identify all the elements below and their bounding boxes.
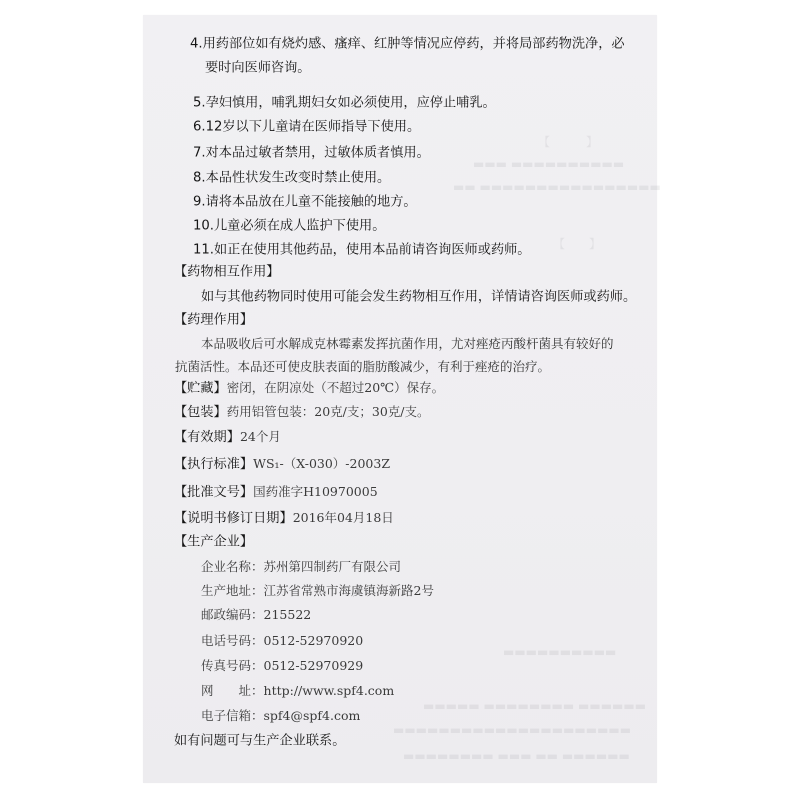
field-value: 24个月 [240,429,281,444]
bleed-through-text: ▬▬▬▬▬▬▬▬ ▬▬▬ ▬▬ ▬▬▬▬▬▬ [403,749,630,763]
bleed-through-text: ▬▬ ▬▬▬▬▬▬▬▬▬▬▬▬▬▬▬▬ [453,180,661,194]
field-label: 【有效期】 [174,431,240,444]
manufacturer-phone-row: 电话号码：0512-52970920 [201,632,363,648]
item-text: 12岁以下儿童请在医师指导下使用。 [206,119,421,134]
item-number: 7. [193,145,206,160]
item-number: 8. [193,170,206,185]
field-label: 【包装】 [174,406,227,419]
row-label: 生产地址： [201,583,264,598]
revision-date-field: 【说明书修订日期】2016年04月18日 [174,509,394,525]
precaution-item-5: 5.孕妇慎用，哺乳期妇女如必须使用，应停止哺乳。 [193,96,496,109]
field-value: 药用铝管包装：20克/支；30克/支。 [227,404,430,419]
item-number: 5. [193,95,206,110]
row-value: 苏州第四制药厂有限公司 [264,559,402,574]
field-label: 【说明书修订日期】 [174,512,293,525]
manufacturer-postcode-row: 邮政编码：215522 [201,606,311,622]
manufacturer-fax-row: 传真号码：0512-52970929 [201,657,363,673]
manufacturer-website-row: 网 址：http://www.spf4.com [201,682,394,698]
item-number: 10. [193,218,214,233]
item-text: 请将本品放在儿童不能接触的地方。 [206,194,417,209]
row-value: 0512-52970929 [264,658,364,673]
website-link[interactable]: http://www.spf4.com [264,683,395,698]
item-text: 孕妇慎用，哺乳期妇女如必须使用，应停止哺乳。 [206,95,496,110]
pharmacology-body-line2: 抗菌活性。本品还可使皮肤表面的脂肪酸减少，有利于痤疮的治疗。 [175,361,550,374]
bleed-through-text: ▬▬▬▬▬▬▬▬▬▬ [503,645,616,659]
storage-field: 【贮藏】密闭，在阴凉处（不超过20℃）保存。 [174,379,444,395]
item-number: 6. [193,119,206,134]
bleed-through-text: ▬▬▬ ▬▬▬▬▬▬▬▬▬▬ [473,157,624,171]
precaution-item-8: 8.本品性状发生改变时禁止使用。 [193,171,390,184]
bleed-through-text: ▬▬▬▬▬ ▬▬▬▬▬▬▬▬ ▬▬▬▬▬▬ [423,699,646,713]
interactions-body: 如与其他药物同时使用可能会发生药物相互作用，详情请咨询医师或药师。 [201,290,636,303]
precaution-item-4: 4.用药部位如有烧灼感、瘙痒、红肿等情况应停药，并将局部药物洗净，必 [190,37,625,50]
precaution-item-6: 6.12岁以下儿童请在医师指导下使用。 [193,120,420,133]
standard-field: 【执行标准】WS₁-（X-030）-2003Z [174,455,390,471]
approval-field: 【批准文号】国药准字H10970005 [174,483,378,499]
bleed-through-text: 【 】 [538,133,598,150]
precaution-item-4-continued: 要时向医师咨询。 [205,61,311,74]
field-label: 【贮藏】 [174,382,227,395]
item-text: 如正在使用其他药品，使用本品前请咨询医师或药师。 [214,242,531,257]
precaution-item-10: 10.儿童必须在成人监护下使用。 [193,219,385,232]
field-value: 国药准字H10970005 [253,484,378,499]
field-label: 【执行标准】 [174,458,253,471]
item-number: 9. [193,194,206,209]
field-value: 2016年04月18日 [293,510,394,525]
item-text: 用药部位如有烧灼感、瘙痒、红肿等情况应停药，并将局部药物洗净，必 [203,36,625,51]
row-value: 江苏省常熟市海虞镇海新路2号 [264,583,434,598]
item-text: 儿童必须在成人监护下使用。 [214,218,385,233]
interactions-heading: 【药物相互作用】 [174,265,280,278]
row-label: 电子信箱： [201,708,264,723]
email-link[interactable]: spf4@spf4.com [264,708,361,723]
field-label: 【批准文号】 [174,486,253,499]
row-label: 网 址： [201,683,264,698]
package-field: 【包装】药用铝管包装：20克/支；30克/支。 [174,403,430,419]
row-value: 0512-52970920 [264,633,364,648]
bleed-through-text: ▬▬▬▬▬▬▬▬▬▬▬▬▬▬▬▬▬▬▬▬▬ [393,723,631,737]
row-value: 215522 [264,607,312,622]
precaution-item-9: 9.请将本品放在儿童不能接触的地方。 [193,195,417,208]
manufacturer-name-row: 企业名称：苏州第四制药厂有限公司 [201,558,401,574]
row-label: 电话号码： [201,633,264,648]
row-label: 传真号码： [201,658,264,673]
item-number: 11. [193,242,214,257]
precaution-item-11: 11.如正在使用其他药品，使用本品前请咨询医师或药师。 [193,243,530,256]
row-label: 企业名称： [201,559,264,574]
footer-note: 如有问题可与生产企业联系。 [174,734,345,747]
manufacturer-address-row: 生产地址：江苏省常熟市海虞镇海新路2号 [201,582,434,598]
field-value: 密闭，在阴凉处（不超过20℃）保存。 [227,380,444,395]
row-label: 邮政编码： [201,607,264,622]
manufacturer-email-row: 电子信箱：spf4@spf4.com [201,707,360,723]
pharmacology-body-line1: 本品吸收后可水解成克林霉素发挥抗菌作用，尤对痤疮丙酸杆菌具有较好的 [201,338,614,351]
bleed-through-text: 【 】 [553,235,601,252]
precaution-item-7: 7.对本品过敏者禁用，过敏体质者慎用。 [193,146,430,159]
item-text: 本品性状发生改变时禁止使用。 [206,170,391,185]
manufacturer-heading: 【生产企业】 [174,535,253,548]
pharmacology-heading: 【药理作用】 [174,313,253,326]
field-value: WS₁-（X-030）-2003Z [253,456,390,471]
validity-field: 【有效期】24个月 [174,428,281,444]
item-number: 4. [190,36,203,51]
leaflet-page: 【 】 ▬▬▬ ▬▬▬▬▬▬▬▬▬▬ ▬▬ ▬▬▬▬▬▬▬▬▬▬▬▬▬▬▬▬ 【… [143,15,657,783]
item-text: 对本品过敏者禁用，过敏体质者慎用。 [206,145,430,160]
